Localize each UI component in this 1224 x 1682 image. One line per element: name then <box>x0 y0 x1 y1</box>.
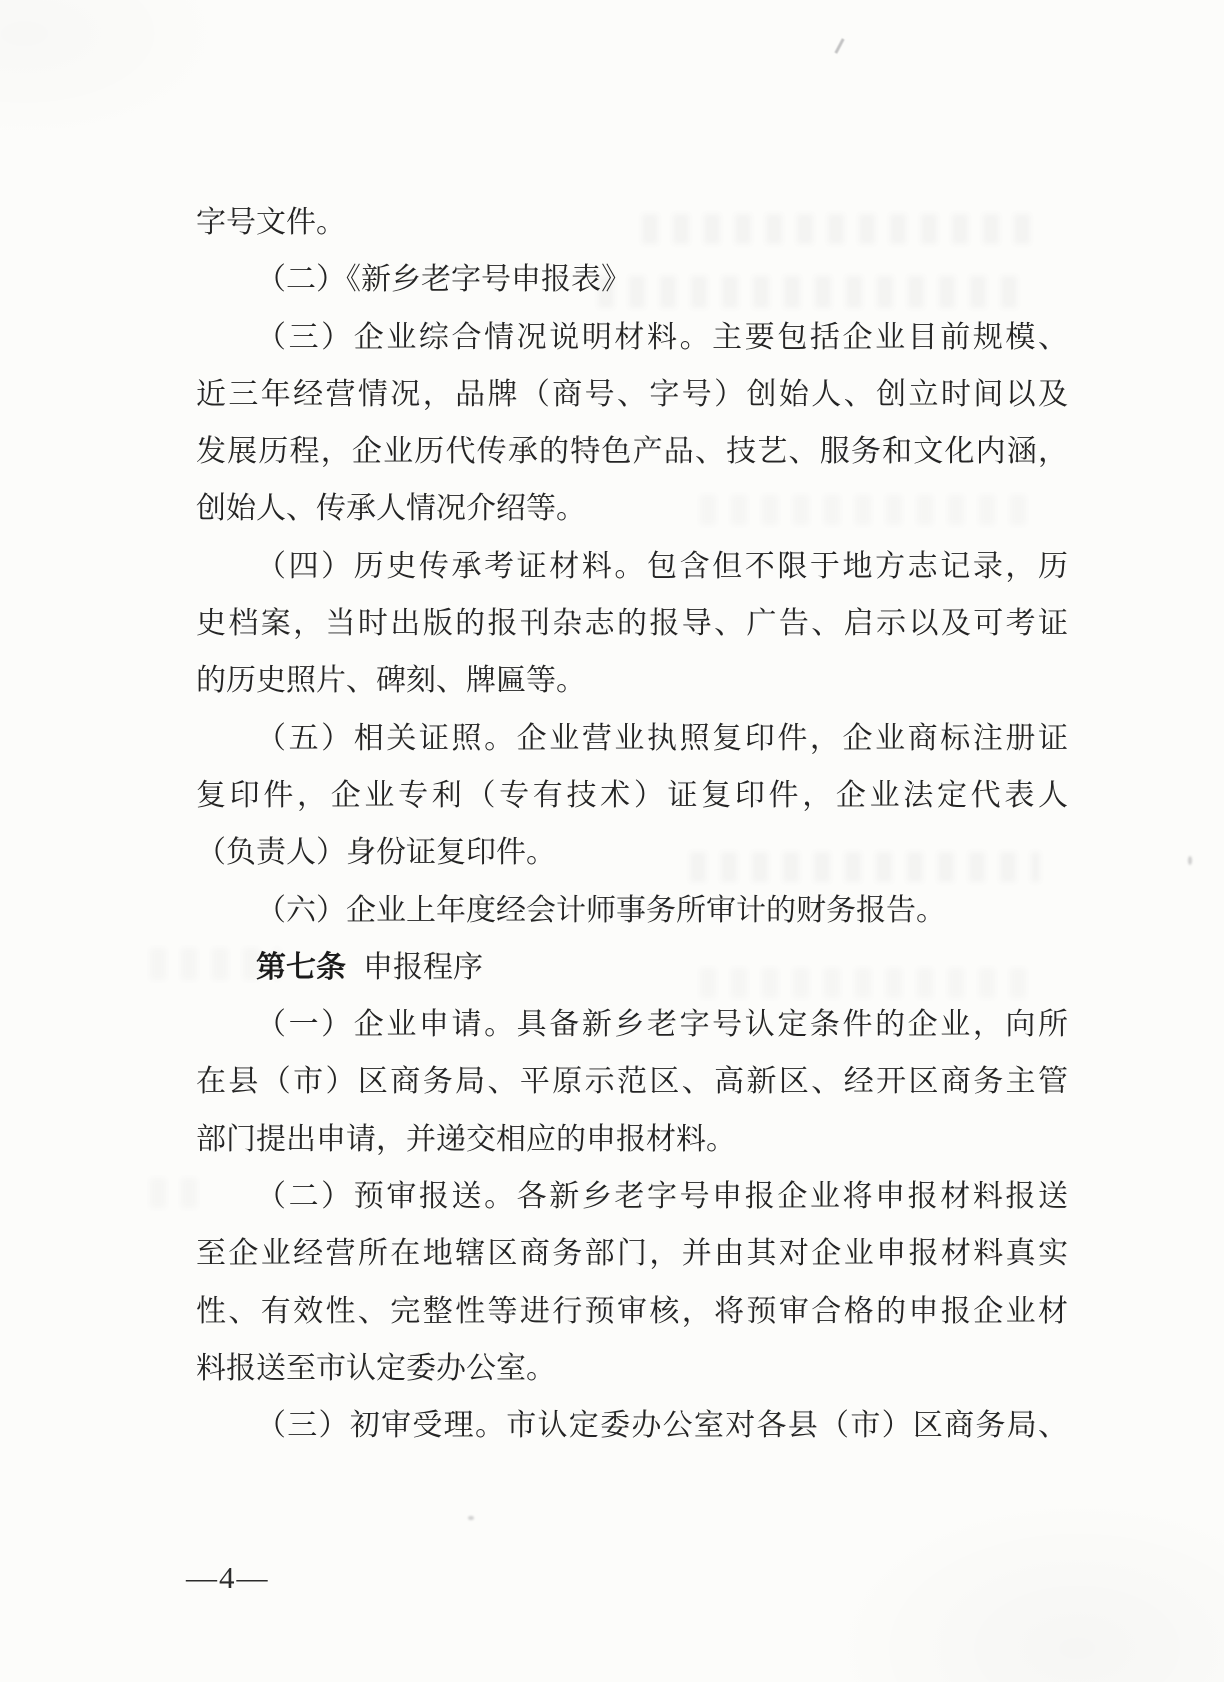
document-line: 料报送至市认定委办公室。 <box>196 1340 1068 1397</box>
document-line: 性、有效性、完整性等进行预审核，将预审合格的申报企业材 <box>196 1283 1068 1340</box>
document-line: 部门提出申请，并递交相应的申报材料。 <box>196 1111 1068 1168</box>
document-line: （六）企业上年度经会计师事务所审计的财务报告。 <box>196 882 1068 939</box>
document-body: 字号文件。 （二）《新乡老字号申报表》 （三）企业综合情况说明材料。主要包括企业… <box>196 194 1068 1455</box>
document-line: 字号文件。 <box>196 194 1068 251</box>
scan-artifact <box>834 38 844 54</box>
document-line: （负责人）身份证复印件。 <box>196 824 1068 881</box>
document-line: （五）相关证照。企业营业执照复印件，企业商标注册证 <box>196 710 1068 767</box>
document-line: 复印件，企业专利（专有技术）证复印件，企业法定代表人 <box>196 767 1068 824</box>
document-line: （一）企业申请。具备新乡老字号认定条件的企业，向所 <box>196 996 1068 1053</box>
scan-artifact <box>1188 856 1192 865</box>
article-heading: 第七条申报程序 <box>196 939 1068 996</box>
article-number: 第七条 <box>256 951 346 984</box>
document-line: 至企业经营所在地辖区商务部门，并由其对企业申报材料真实 <box>196 1225 1068 1282</box>
page-number: —4— <box>186 1560 270 1596</box>
document-line: （四）历史传承考证材料。包含但不限于地方志记录，历 <box>196 538 1068 595</box>
document-line: （三）企业综合情况说明材料。主要包括企业目前规模、 <box>196 309 1068 366</box>
document-line: 发展历程，企业历代传承的特色产品、技艺、服务和文化内涵， <box>196 423 1068 480</box>
document-line: （二）《新乡老字号申报表》 <box>196 251 1068 308</box>
document-line: 近三年经营情况，品牌（商号、字号）创始人、创立时间以及 <box>196 366 1068 423</box>
article-title: 申报程序 <box>363 951 483 984</box>
document-line: （三）初审受理。市认定委办公室对各县（市）区商务局、 <box>196 1397 1068 1454</box>
document-line: 在县（市）区商务局、平原示范区、高新区、经开区商务主管 <box>196 1053 1068 1110</box>
scanned-document-page: 字号文件。 （二）《新乡老字号申报表》 （三）企业综合情况说明材料。主要包括企业… <box>0 0 1224 1682</box>
document-line: 的历史照片、碑刻、牌匾等。 <box>196 652 1068 709</box>
document-line: （二）预审报送。各新乡老字号申报企业将申报材料报送 <box>196 1168 1068 1225</box>
document-line: 史档案，当时出版的报刊杂志的报导、广告、启示以及可考证 <box>196 595 1068 652</box>
scan-artifact <box>468 1516 474 1520</box>
document-line: 创始人、传承人情况介绍等。 <box>196 480 1068 537</box>
